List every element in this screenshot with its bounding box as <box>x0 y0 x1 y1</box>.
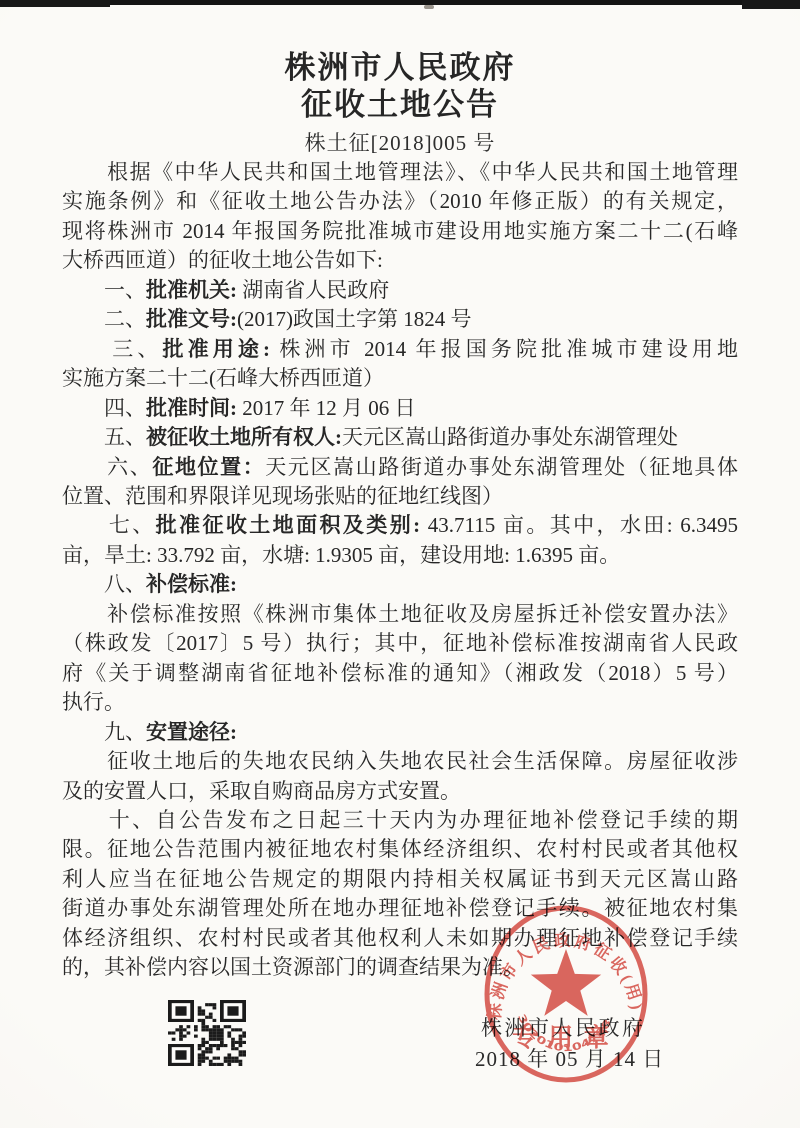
body-line: 根据《中华人民共和国土地管理法》、《中华人民共和国土地管理 <box>62 158 738 187</box>
body-line: 实施方案二十二(石峰大桥西匝道） <box>62 364 738 393</box>
scan-edge-artifact <box>0 0 800 5</box>
qr-code-icon <box>168 1000 246 1066</box>
body-line: 六、征地位置：天元区嵩山路街道办事处东湖管理处（征地具体 <box>62 453 738 482</box>
signature-date: 2018 年 05 月 14 日 <box>475 1043 664 1073</box>
body-line: 二、批准文号:(2017)政国土字第 1824 号 <box>62 305 738 334</box>
scan-smudge-artifact <box>424 5 434 9</box>
body-line: 一、批准机关: 湖南省人民政府 <box>62 276 738 305</box>
body-line: 五、被征收土地所有权人:天元区嵩山路街道办事处东湖管理处 <box>62 423 738 452</box>
body-line: 八、补偿标准: <box>62 570 738 599</box>
document-body: 根据《中华人民共和国土地管理法》、《中华人民共和国土地管理实施条例》和《征收土地… <box>62 158 738 983</box>
body-line: 四、批准时间: 2017 年 12 月 06 日 <box>62 394 738 423</box>
body-line: 亩，旱土: 33.792 亩，水塘: 1.9305 亩，建设用地: 1.6395… <box>62 541 738 570</box>
body-line: 实施条例》和《征收土地公告办法》（2010 年修正版）的有关规定， <box>62 187 738 216</box>
scan-edge-artifact-left <box>0 0 110 7</box>
body-line: 七、批准征收土地面积及类别: 43.7115 亩。其中，水田: 6.3495 <box>62 511 738 540</box>
body-line: 体经济组织、农村村民或者其他权利人未如期办理征地补偿登记手续 <box>62 924 738 953</box>
signature-org: 株洲市人民政府 <box>481 1012 646 1042</box>
body-line: 的，其补偿内容以国土资源部门的调查结果为准。 <box>62 953 738 982</box>
body-line: 九、安置途径: <box>62 718 738 747</box>
page-container: 株洲市人民政府 征收土地公告 株土征[2018]005 号 根据《中华人民共和国… <box>0 0 800 1128</box>
scan-edge-artifact-right <box>742 0 800 9</box>
body-line: 府《关于调整湖南省征地补偿标准的通知》（湘政发（2018）5 号） <box>62 659 738 688</box>
body-line: 限。征地公告范围内被征地农村集体经济组织、农村村民或者其他权 <box>62 835 738 864</box>
document-title: 株洲市人民政府 <box>0 50 800 86</box>
body-line: 现将株洲市 2014 年报国务院批准城市建设用地实施方案二十二(石峰 <box>62 217 738 246</box>
document-subtitle: 征收土地公告 <box>0 87 800 123</box>
body-line: 十、自公告发布之日起三十天内为办理征地补偿登记手续的期 <box>62 806 738 835</box>
body-line: 利人应当在征地公告规定的期限内持相关权属证书到天元区嵩山路 <box>62 865 738 894</box>
body-line: 大桥西匝道）的征收土地公告如下: <box>62 246 738 275</box>
body-line: 位置、范围和界限详见现场张贴的征地红线图） <box>62 482 738 511</box>
body-line: 三、批准用途: 株洲市 2014 年报国务院批准城市建设用地 <box>62 335 738 364</box>
body-line: 街道办事处东湖管理处所在地办理征地补偿登记手续。被征地农村集 <box>62 894 738 923</box>
document-number: 株土征[2018]005 号 <box>0 127 800 157</box>
body-line: 补偿标准按照《株洲市集体土地征收及房屋拆迁补偿安置办法》 <box>62 600 738 629</box>
body-line: 执行。 <box>62 688 738 717</box>
body-line: 及的安置人口，采取自购商品房方式安置。 <box>62 777 738 806</box>
body-line: （株政发〔2017〕5 号）执行；其中，征地补偿标准按湖南省人民政 <box>62 629 738 658</box>
body-line: 征收土地后的失地农民纳入失地农民社会生活保障。房屋征收涉 <box>62 747 738 776</box>
